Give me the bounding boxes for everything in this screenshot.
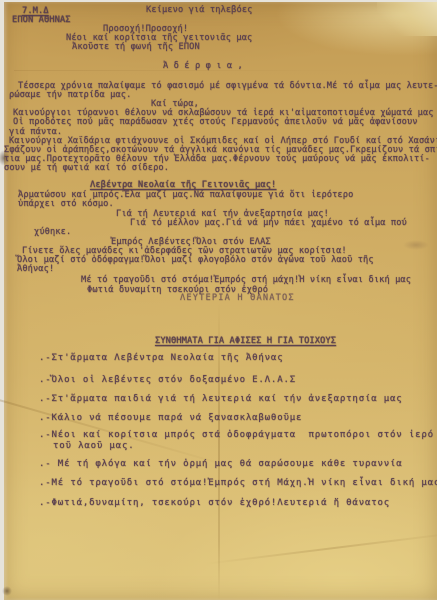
slogan-line: .-Μέ τό τραγοῦδι στό στόμα!Ἐμπρός στή Μά… <box>39 479 437 489</box>
body-line: χύθηκε. <box>34 228 71 237</box>
slogan-line-continued: τοῦ λαοῦ μας. <box>53 442 135 452</box>
slogans-section-heading: ΣΥΝΘΗΜΑΤΑ ΓΙΑ ΑΦΙΣΕΣ Η ΓΙΑ ΤΟΙΧΟΥΣ <box>155 337 336 346</box>
fold-line <box>218 302 220 600</box>
slogan-line: .- Μέ τή φλόγα καί τήν ὁρμή μας θά σαρώσ… <box>39 460 403 470</box>
stain <box>2 586 12 596</box>
slogan-line: .-Φωτιά,δυναμίτη, τσεκούρι στόν ἐχθρό!Λε… <box>39 499 390 509</box>
salutation: Ἀ δ έ ρ φ ι α , <box>163 62 243 71</box>
body-line: Ὅλοι μαζί στό ὁδόφραγμα!Ὅλοι μαζί φλογοβ… <box>17 256 374 265</box>
paper: 7.Μ.Δ ΕΠΟΝ ΑΘΗΝΑΣ Κείμενο γιά τηλεβόες Π… <box>4 2 437 600</box>
slogan-line: .-Στ'ἅρματα Λεβέντρα Νεολαία τῆς Ἀθήνας <box>39 354 283 364</box>
slogan-line: .-Ὅλοι οἱ λεβέντες στόν δοξασμένο Ε.Λ.Α.… <box>39 376 296 386</box>
body-line: Γιά τό μέλλον μας.Γιά νά μήν πάει χαμένο… <box>130 219 407 228</box>
org-name: ΕΠΟΝ ΑΘΗΝΑΣ <box>12 16 71 25</box>
body-line: σουν μέ τή φωτιά καί τό σίδερο. <box>4 164 169 173</box>
torn-corner <box>377 2 437 36</box>
slogan-line: .-Νέοι καί κορίτσια μπρός στά ὁδοφράγματ… <box>39 431 437 441</box>
body-line: Ἀθήνας! <box>17 265 54 274</box>
body-line: Οἱ προδότες πού μᾶς παράδωσαν χτές στούς… <box>13 118 418 127</box>
paper-crease <box>205 531 437 565</box>
doc-type-title: Κείμενο γιά τηλεβόες <box>146 6 252 15</box>
body-line: ὑπάρχει στό κόσμο. <box>18 200 114 209</box>
scanned-leaflet: 7.Μ.Δ ΕΠΟΝ ΑΘΗΝΑΣ Κείμενο γιά τηλεβόες Π… <box>0 0 437 600</box>
body-line: ρώσαμε τήν πατρίδα μας. <box>9 91 131 100</box>
stain <box>403 240 429 250</box>
slogan-line: .-Στ'ἅρματα παιδιά γιά τή λευτεριά καί τ… <box>39 395 403 405</box>
motto-freedom-or-death: ΛΕΥΤΕΡΙΑ Η ΘΑΝΑΤΟΣ <box>180 294 295 303</box>
audience-line-2: Ἀκοῦστε τή φωνή τῆς ΕΠΟΝ <box>72 43 200 52</box>
slogan-line: .-Κάλιο νά πέσουμε παρά νά ξανασκλαβωθοῦ… <box>39 414 302 424</box>
